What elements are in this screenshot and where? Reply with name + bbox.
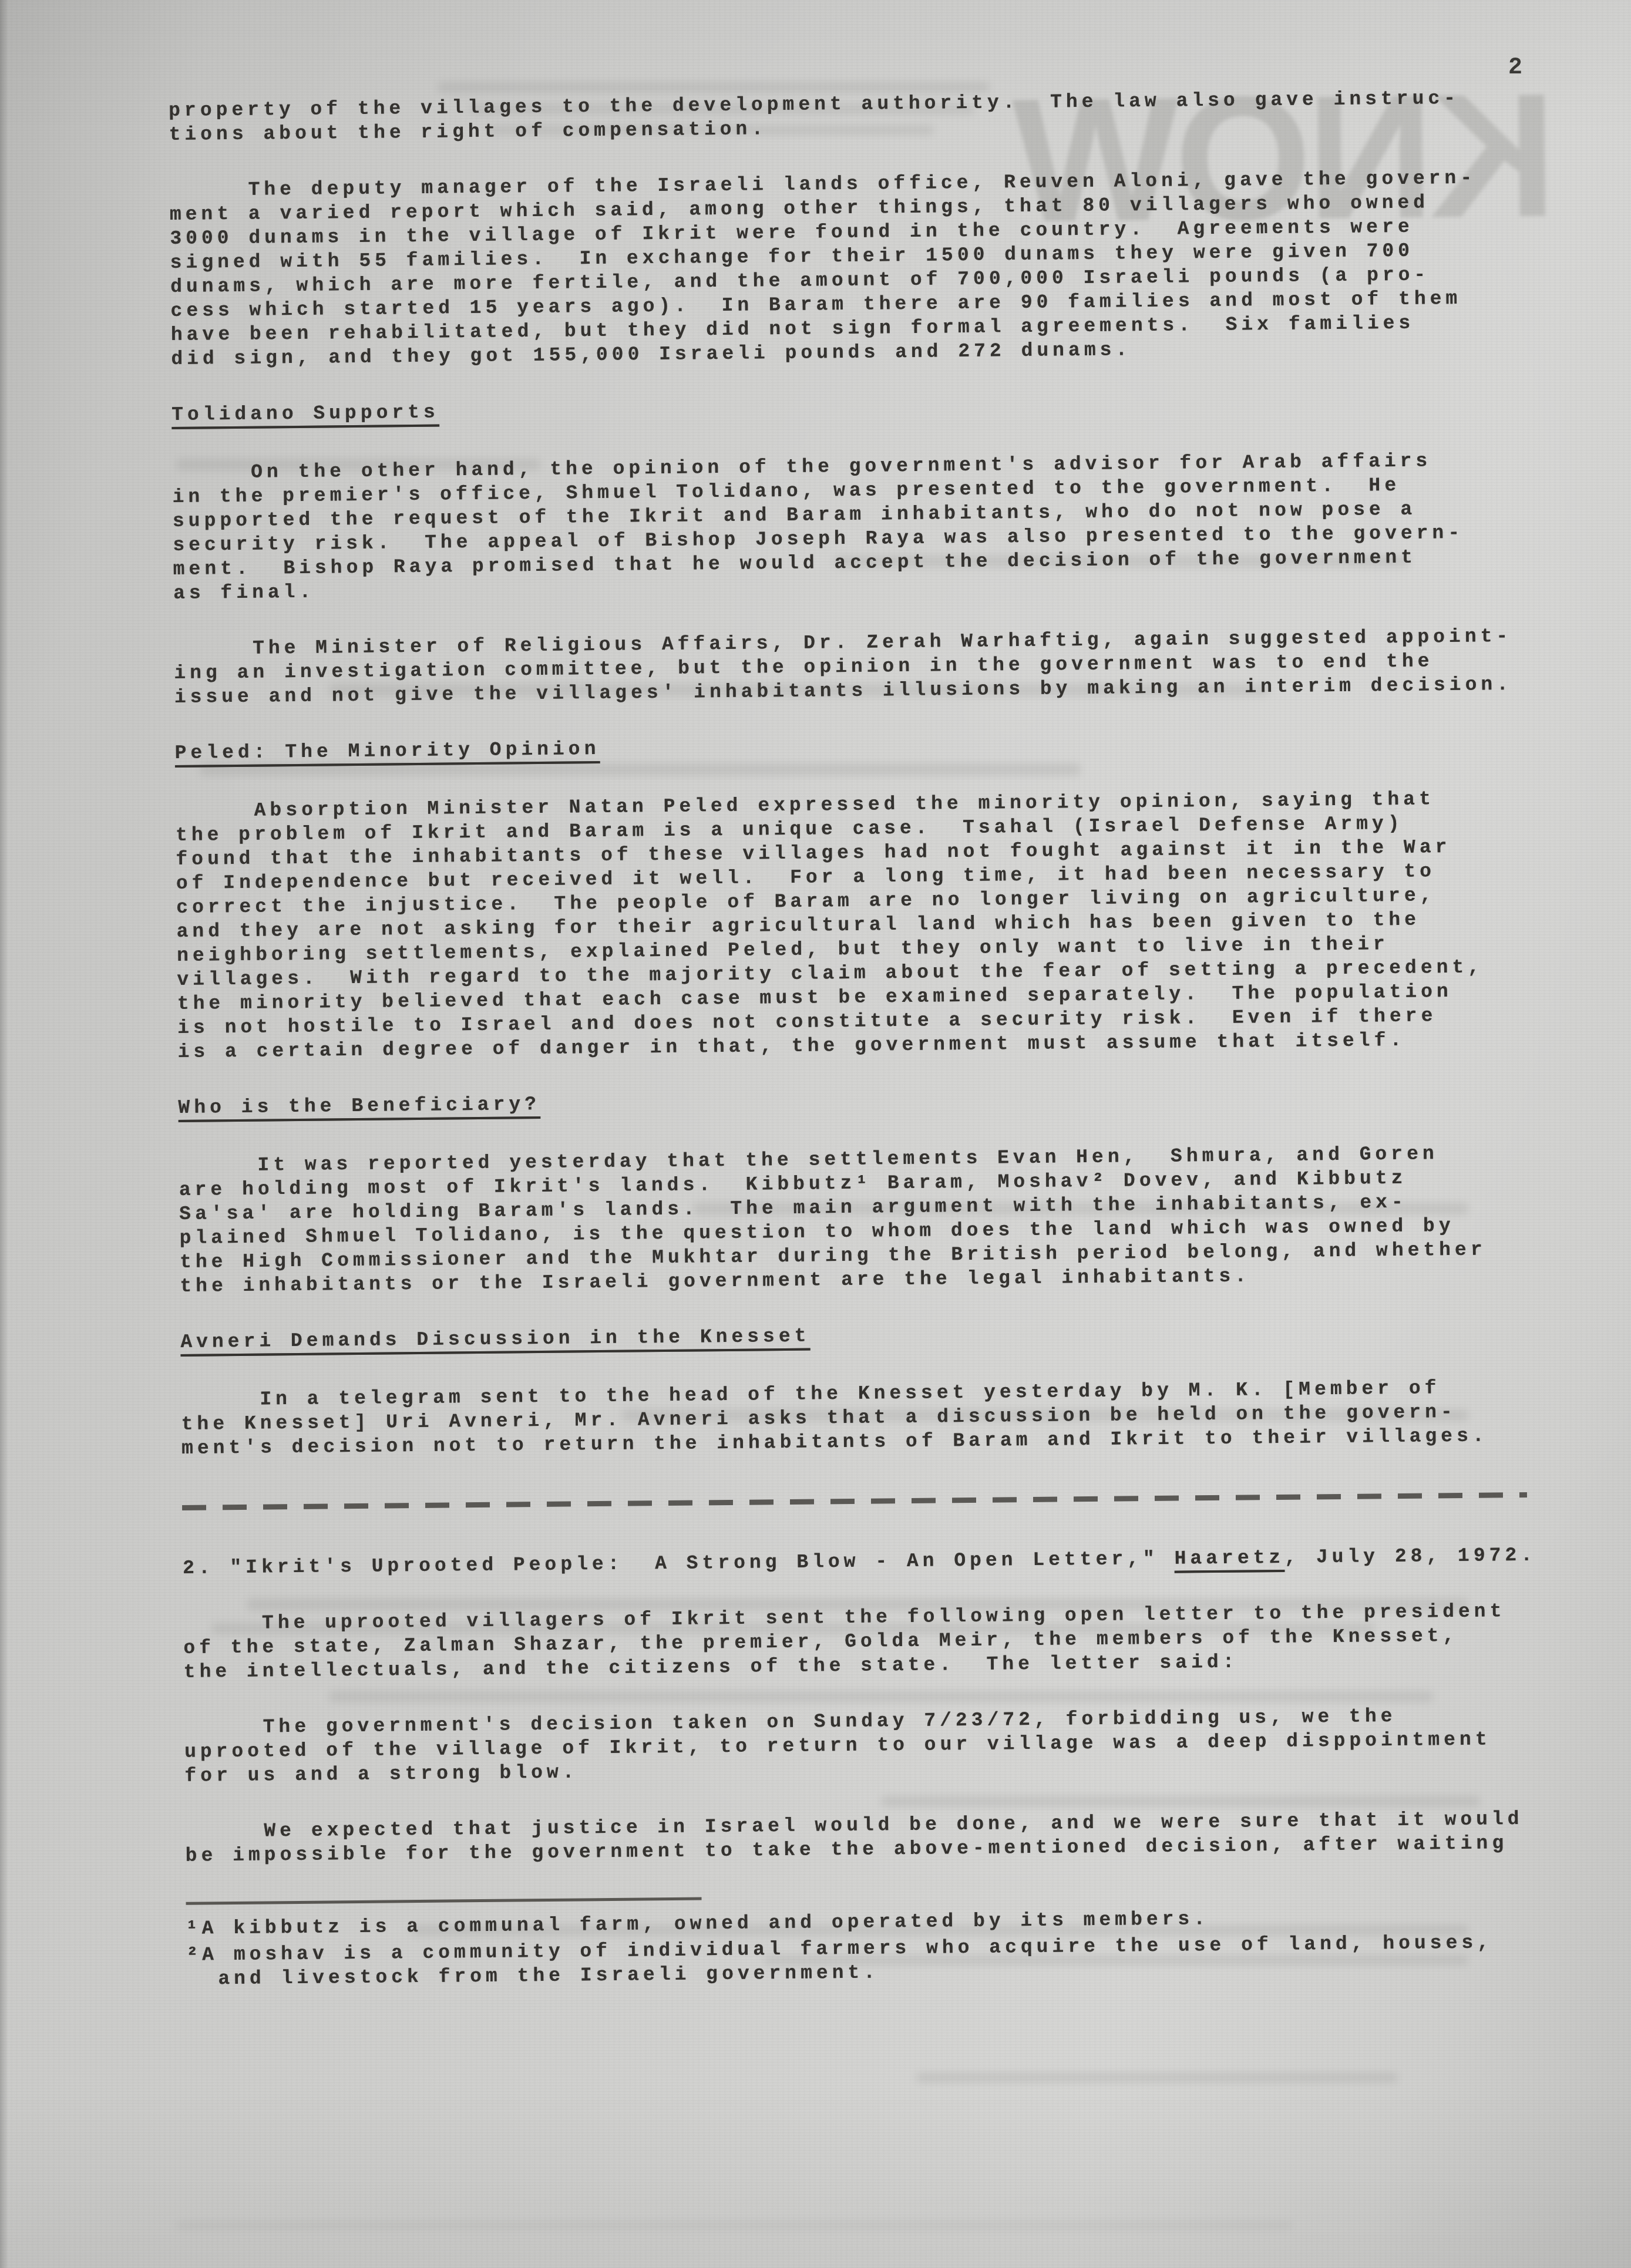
section-heading: Tolidano Supports <box>171 401 439 427</box>
paragraph: The deputy manager of the Israeli lands … <box>169 165 1569 371</box>
footnote: ²A moshav is a community of individual f… <box>186 1930 1585 1991</box>
publication-name: Haaretz <box>1174 1547 1284 1570</box>
reference-date: , July 28, 1972. <box>1284 1544 1536 1569</box>
paragraph: The uprooted villagers of Ikrit sent the… <box>183 1599 1582 1684</box>
paragraph: It was reported yesterday that the settl… <box>179 1140 1578 1298</box>
paragraph: The government's decision taken on Sunda… <box>184 1702 1582 1788</box>
paragraph: In a telegram sent to the head of the Kn… <box>181 1375 1579 1461</box>
reference-entry: 2. "Ikrit's Uprooted People: A Strong Bl… <box>183 1543 1580 1580</box>
paragraph: We expected that justice in Israel would… <box>185 1806 1583 1868</box>
footnote-rule <box>186 1897 702 1904</box>
paragraph: On the other hand, the opinion of the go… <box>172 447 1571 605</box>
dashed-separator <box>182 1492 1527 1510</box>
bleedthrough-line <box>916 2073 1398 2082</box>
scan-smudge <box>176 2223 1292 2229</box>
document-body: property of the villages to the developm… <box>169 85 1585 1994</box>
page-number: 2 <box>1508 56 1522 80</box>
section-heading: Who is the Beneficiary? <box>178 1092 540 1120</box>
paragraph: property of the villages to the developm… <box>169 85 1567 147</box>
paragraph: The Minister of Religious Affairs, Dr. Z… <box>174 624 1572 709</box>
page-edge-shadow <box>0 0 8 2268</box>
section-heading: Avneri Demands Discussion in the Knesset <box>180 1324 810 1354</box>
reference-text: 2. "Ikrit's Uprooted People: A Strong Bl… <box>183 1548 1175 1579</box>
section-heading: Peled: The Minority Opinion <box>175 737 600 765</box>
scanned-document-page: KNOW 2 property of the villages to the d… <box>0 0 1631 2268</box>
paragraph: Absorption Minister Natan Peled expresse… <box>175 786 1575 1064</box>
